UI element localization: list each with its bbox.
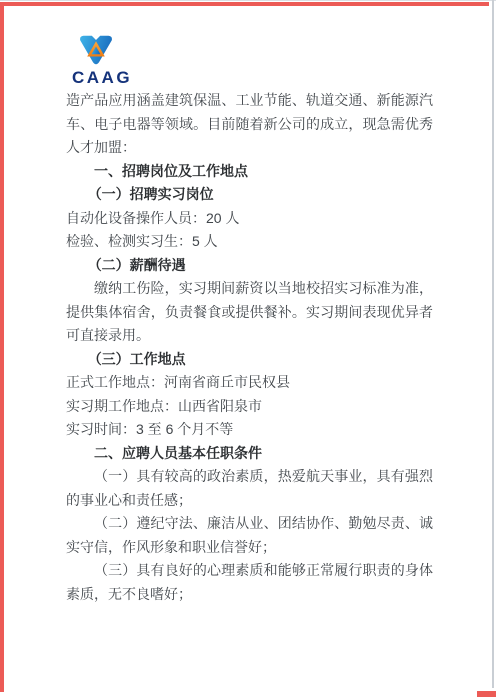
brand-name: CAAG [72, 68, 192, 88]
caag-logo: CAAG [72, 35, 192, 88]
top-hairline [0, 0, 496, 1]
sub-heading: （三）工作地点 [66, 348, 433, 372]
red-border-left [0, 2, 4, 692]
paragraph: 缴纳工伤险，实习期间薪资以当地校招实习标准为准，提供集体宿舍，负责餐食或提供餐补… [66, 277, 433, 348]
article-body: 造产品应用涵盖建筑保温、工业节能、轨道交通、新能源汽车、电子电器等领域。目前随着… [66, 89, 433, 606]
paragraph: （一）具有较高的政治素质，热爱航天事业，具有强烈的事业心和责任感； [66, 465, 433, 512]
paragraph: 检验、检测实习生：5 人 [66, 230, 433, 254]
document-page: CAAG 造产品应用涵盖建筑保温、工业节能、轨道交通、新能源汽车、电子电器等领域… [0, 0, 496, 697]
paragraph: 正式工作地点：河南省商丘市民权县 [66, 371, 433, 395]
paragraph: 自动化设备操作人员：20 人 [66, 207, 433, 231]
section-heading: 二、应聘人员基本任职条件 [66, 442, 433, 466]
red-border-top [0, 2, 489, 6]
sub-heading: （一）招聘实习岗位 [66, 183, 433, 207]
section-heading: 一、招聘岗位及工作地点 [66, 160, 433, 184]
paragraph: 实习期工作地点：山西省阳泉市 [66, 395, 433, 419]
paragraph: 造产品应用涵盖建筑保温、工业节能、轨道交通、新能源汽车、电子电器等领域。目前随着… [66, 89, 433, 160]
sub-heading: （二）薪酬待遇 [66, 254, 433, 278]
caag-shield-icon [79, 35, 113, 65]
paragraph: （二）遵纪守法、廉洁从业、团结协作、勤勉尽责、诚实守信，作风形象和职业信誉好； [66, 512, 433, 559]
paragraph: （三）具有良好的心理素质和能够正常履行职责的身体素质，无不良嗜好； [66, 559, 433, 606]
red-border-bottom-right [477, 691, 496, 697]
page-right-edge [492, 0, 494, 688]
paragraph: 实习时间：3 至 6 个月不等 [66, 418, 433, 442]
